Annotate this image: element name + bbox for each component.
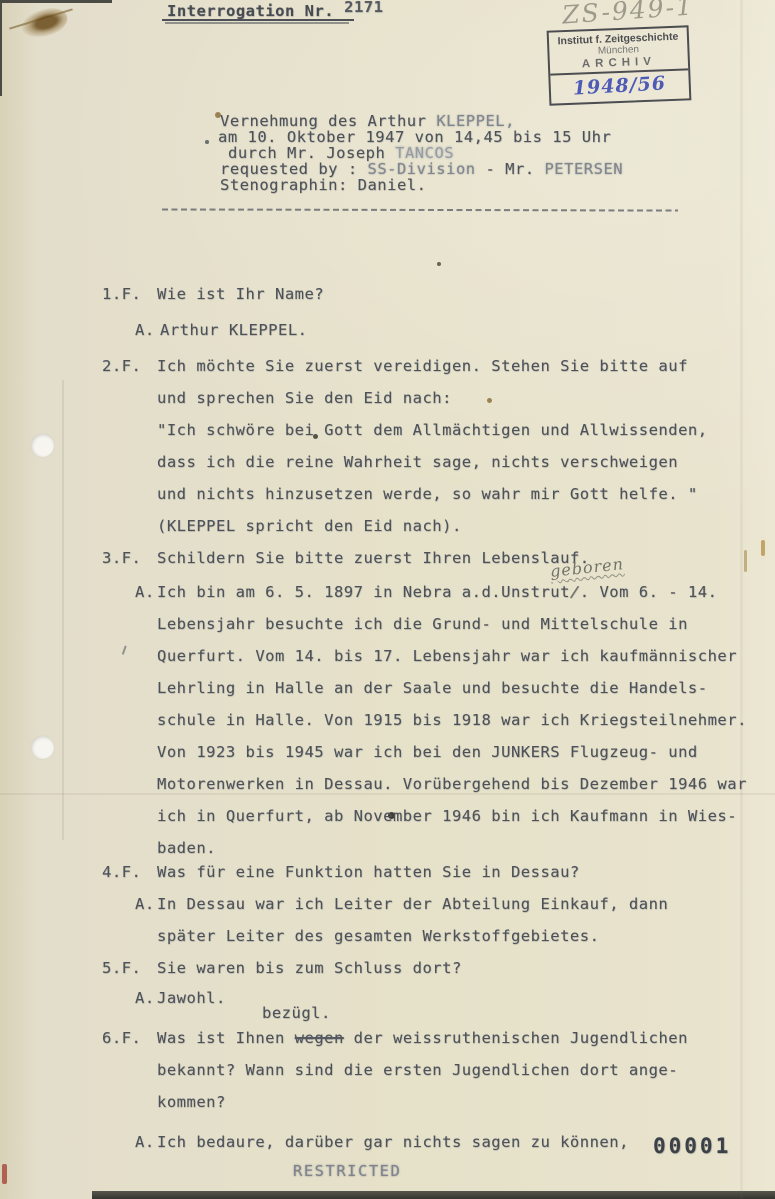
q3-text: Schildern Sie bitte zuerst Ihren Lebensl… — [157, 549, 590, 567]
a6-text: Ich bedaure, darüber gar nichts sagen zu… — [157, 1133, 629, 1151]
header-line4-mid: - Mr. — [476, 160, 545, 178]
title-label: Interrogation Nr. — [167, 2, 334, 20]
paper-speck — [744, 550, 747, 572]
a6-label: A. — [135, 1133, 155, 1151]
paper-speck — [761, 540, 765, 556]
a3-label: A. — [135, 583, 155, 601]
vertical-crease-right — [740, 0, 743, 1199]
scanned-document-page: { "page": { "title": { "label": "Interro… — [0, 0, 775, 1199]
q6-line-3: kommen? — [157, 1093, 226, 1111]
vertical-crease — [62, 380, 64, 840]
scan-edge-top — [0, 0, 112, 3]
classification-marking: RESTRICTED — [293, 1162, 401, 1180]
q6-line-2: bekannt? Wann sind die ersten Jugendlich… — [157, 1061, 678, 1079]
q2-line-3: "Ich schwöre bei Gott dem Allmächtigen u… — [157, 421, 708, 439]
pencil-margin-tick — [122, 646, 134, 658]
q5-label: 5.F. — [102, 959, 141, 977]
a4-line-1: In Dessau war ich Leiter der Abteilung E… — [157, 895, 668, 913]
title-number: 2171 — [344, 0, 383, 16]
page-number-stamp: 00001 — [653, 1137, 731, 1155]
q6-struck-word: wegen — [295, 1029, 344, 1047]
rust-stain — [17, 3, 71, 43]
punch-hole-top — [31, 434, 54, 457]
punch-hole-bottom — [31, 736, 54, 759]
a1-text: Arthur KLEPPEL. — [160, 321, 307, 339]
a3-line-4: Lehrling in Halle an der Saale und besuc… — [157, 679, 708, 697]
a4-line-2: später Leiter des gesamten Werkstoffgebi… — [157, 927, 599, 945]
a3-line-7: Motorenwerken in Dessau. Vorübergehend b… — [157, 775, 747, 793]
a5-label: A. — [135, 989, 155, 1007]
q2-line-1: Ich möchte Sie zuerst vereidigen. Stehen… — [157, 357, 688, 375]
red-edge-mark — [2, 1164, 7, 1184]
stray-period — [205, 140, 209, 144]
title-underline-2 — [165, 22, 349, 24]
paper-speck — [487, 398, 492, 403]
q2-line-2: und sprechen Sie den Eid nach: — [157, 389, 452, 407]
stamp-accession-number: 1948/56 — [573, 72, 667, 99]
q2-label: 2.F. — [102, 357, 141, 375]
a3-line-8: ich in Querfurt, ab November 1946 bin ic… — [157, 807, 737, 825]
a5-text: Jawohl. — [157, 989, 226, 1007]
q1-label: 1.F. — [102, 285, 141, 303]
header-line-5: Stenographin: Daniel. — [220, 176, 426, 194]
archive-stamp: Institut f. Zeitgeschichte München ARCHI… — [547, 25, 692, 105]
archive-stamp-top: Institut f. Zeitgeschichte München ARCHI… — [549, 27, 689, 75]
a3-line-6: Von 1923 bis 1945 war ich bei den JUNKER… — [157, 743, 698, 761]
a4-label: A. — [135, 895, 155, 913]
title-underline — [162, 19, 354, 22]
scan-edge-bottom — [92, 1191, 775, 1199]
dashed-separator — [162, 208, 678, 211]
a3-line-3: Querfurt. Vom 14. bis 17. Lebensjahr war… — [157, 647, 737, 665]
q6-line-1: Was ist Ihnen wegen der weissruthenische… — [157, 1029, 688, 1047]
q2-line-6: (KLEPPEL spricht den Eid nach). — [157, 517, 462, 535]
a3-line1-pre: Ich bin am 6. 5. 1897 in Nebra a.d.Unstr… — [157, 583, 570, 601]
a3-line-5: schule in Halle. Von 1915 bis 1918 war i… — [157, 711, 747, 729]
q1-text: Wie ist Ihr Name? — [157, 285, 324, 303]
scan-edge-left — [0, 0, 2, 96]
q6-line1-post: der weissruthenischen Jugendlichen — [344, 1029, 688, 1047]
a1-label: A. — [135, 321, 155, 339]
horizontal-fold-crease — [0, 793, 775, 795]
paper-speck — [437, 262, 441, 266]
q6-typed-correction: bezügl. — [262, 1004, 331, 1022]
archive-stamp-bottom: 1948/56 — [550, 70, 689, 103]
document-title: Interrogation Nr.2171 — [167, 2, 383, 20]
a3-line-1: Ich bin am 6. 5. 1897 in Nebra a.d.Unstr… — [157, 583, 717, 601]
q3-label: 3.F. — [102, 549, 141, 567]
q5-text: Sie waren bis zum Schluss dort? — [157, 959, 462, 977]
a3-line-2: Lebensjahr besuchte ich die Grund- und M… — [157, 615, 688, 633]
a3-line-9: baden. — [157, 839, 216, 857]
q6-label: 6.F. — [102, 1029, 141, 1047]
q2-line-4: dass ich die reine Wahrheit sage, nichts… — [157, 453, 678, 471]
q6-line1-pre: Was ist Ihnen — [157, 1029, 295, 1047]
header-requester-name: PETERSEN — [544, 160, 623, 178]
q4-text: Was für eine Funktion hatten Sie in Dess… — [157, 863, 580, 881]
q2-line-5: und nichts hinzusetzen werde, so wahr mi… — [157, 485, 698, 503]
q4-label: 4.F. — [102, 863, 141, 881]
a3-line1-post: . Vom 6. - 14. — [580, 583, 718, 601]
